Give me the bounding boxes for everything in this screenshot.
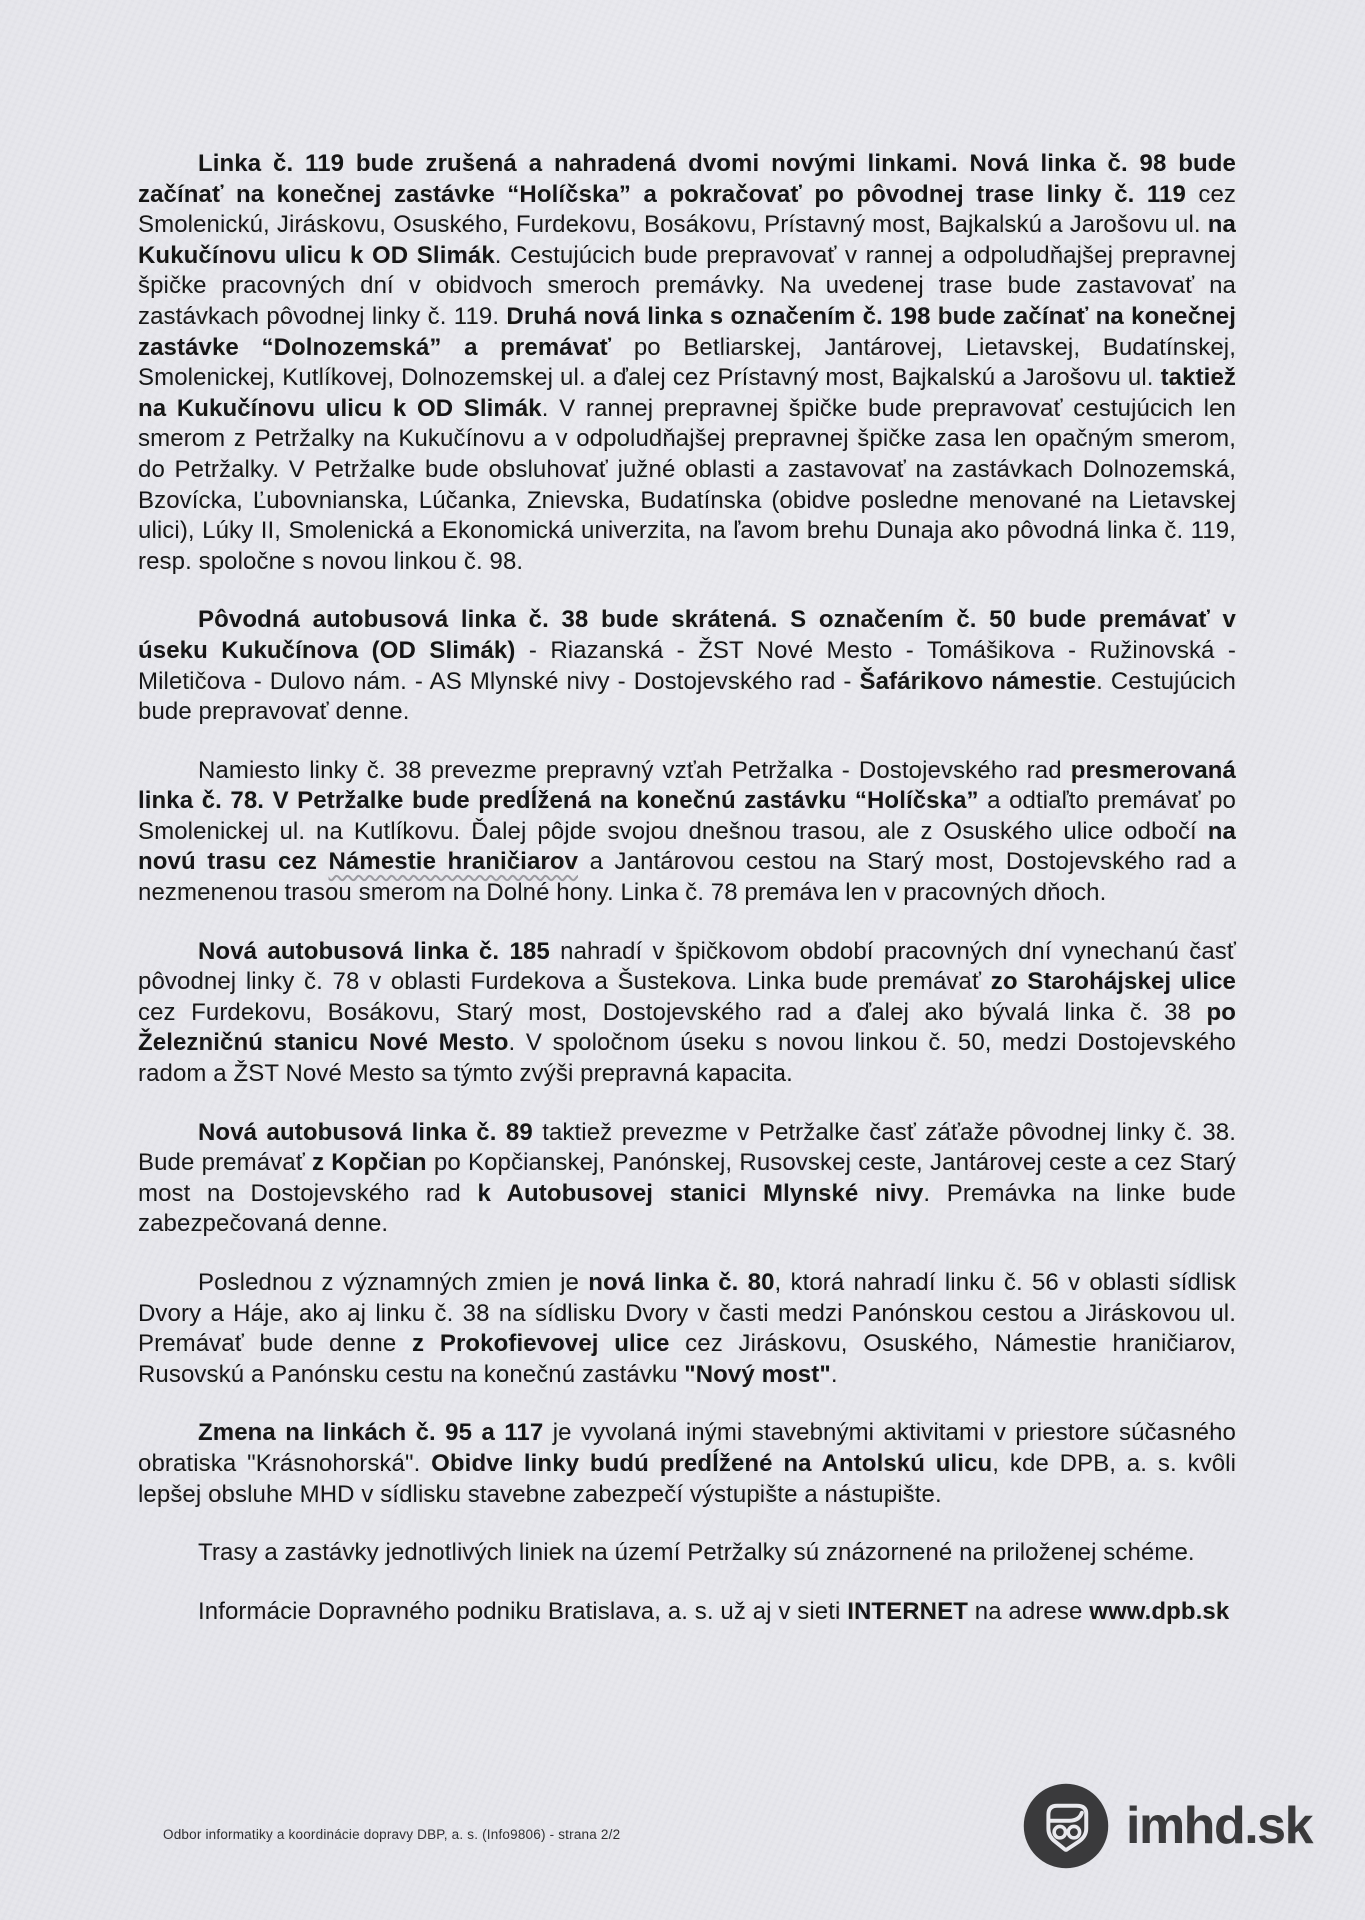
paragraph: Linka č. 119 bude zrušená a nahradená dv… bbox=[138, 149, 1236, 577]
text-segment: Namiesto linky č. 38 prevezme prepravný … bbox=[198, 757, 1071, 784]
bold-text-segment: Šafárikovo námestie bbox=[860, 668, 1097, 695]
text-segment: Informácie Dopravného podniku Bratislava… bbox=[198, 1598, 847, 1625]
imhd-logo-text: imhd.sk bbox=[1126, 1782, 1312, 1870]
paragraph: Zmena na linkách č. 95 a 117 je vyvolaná… bbox=[138, 1418, 1236, 1510]
paragraph: Informácie Dopravného podniku Bratislava… bbox=[138, 1597, 1236, 1628]
document-body: Linka č. 119 bude zrušená a nahradená dv… bbox=[138, 149, 1236, 1627]
bold-text-segment: INTERNET bbox=[847, 1598, 968, 1625]
bold-text-segment: "Nový most" bbox=[684, 1361, 831, 1388]
paragraph: Namiesto linky č. 38 prevezme prepravný … bbox=[138, 756, 1236, 909]
paragraph: Poslednou z významných zmien je nová lin… bbox=[138, 1268, 1236, 1390]
paragraph: Nová autobusová linka č. 89 taktiež prev… bbox=[138, 1118, 1236, 1240]
imhd-bus-pin-icon bbox=[1022, 1782, 1110, 1870]
bold-text-segment: Zmena na linkách č. 95 a 117 bbox=[198, 1419, 553, 1446]
bold-text-segment: Nová autobusová linka č. 185 bbox=[198, 938, 560, 965]
text-segment: na adrese bbox=[968, 1598, 1089, 1625]
bold-text-segment: zo Starohájskej ulice bbox=[991, 968, 1236, 995]
paragraph: Nová autobusová linka č. 185 nahradí v š… bbox=[138, 937, 1236, 1090]
bold-text-segment: z Kopčian bbox=[312, 1149, 434, 1176]
bold-text-segment: z Prokofievovej ulice bbox=[412, 1330, 685, 1357]
text-segment: cez Furdekovu, Bosákovu, Starý most, Dos… bbox=[138, 999, 1206, 1026]
bold-text-segment: nová linka č. 80 bbox=[588, 1269, 774, 1296]
text-segment: Trasy a zastávky jednotlivých liniek na … bbox=[198, 1539, 1195, 1566]
footer-credit: Odbor informatiky a koordinácie dopravy … bbox=[163, 1827, 620, 1842]
text-segment: Poslednou z významných zmien je bbox=[198, 1269, 588, 1296]
bold-text-segment: k Autobusovej stanici Mlynské nivy bbox=[477, 1180, 923, 1207]
bold-text-segment: Linka č. 119 bude zrušená a nahradená dv… bbox=[138, 150, 1236, 208]
imhd-logo: imhd.sk bbox=[1022, 1782, 1312, 1870]
bold-text-segment: www.dpb.sk bbox=[1089, 1598, 1229, 1625]
paragraph: Trasy a zastávky jednotlivých liniek na … bbox=[138, 1538, 1236, 1569]
text-segment: . bbox=[831, 1361, 838, 1388]
paragraph: Pôvodná autobusová linka č. 38 bude skrá… bbox=[138, 605, 1236, 727]
bold-text-segment: Nová autobusová linka č. 89 bbox=[198, 1119, 542, 1146]
underlined-text-segment: Námestie hraničiarov bbox=[329, 848, 579, 875]
bold-text-segment: Obidve linky budú predĺžené na Antolskú … bbox=[431, 1450, 992, 1477]
